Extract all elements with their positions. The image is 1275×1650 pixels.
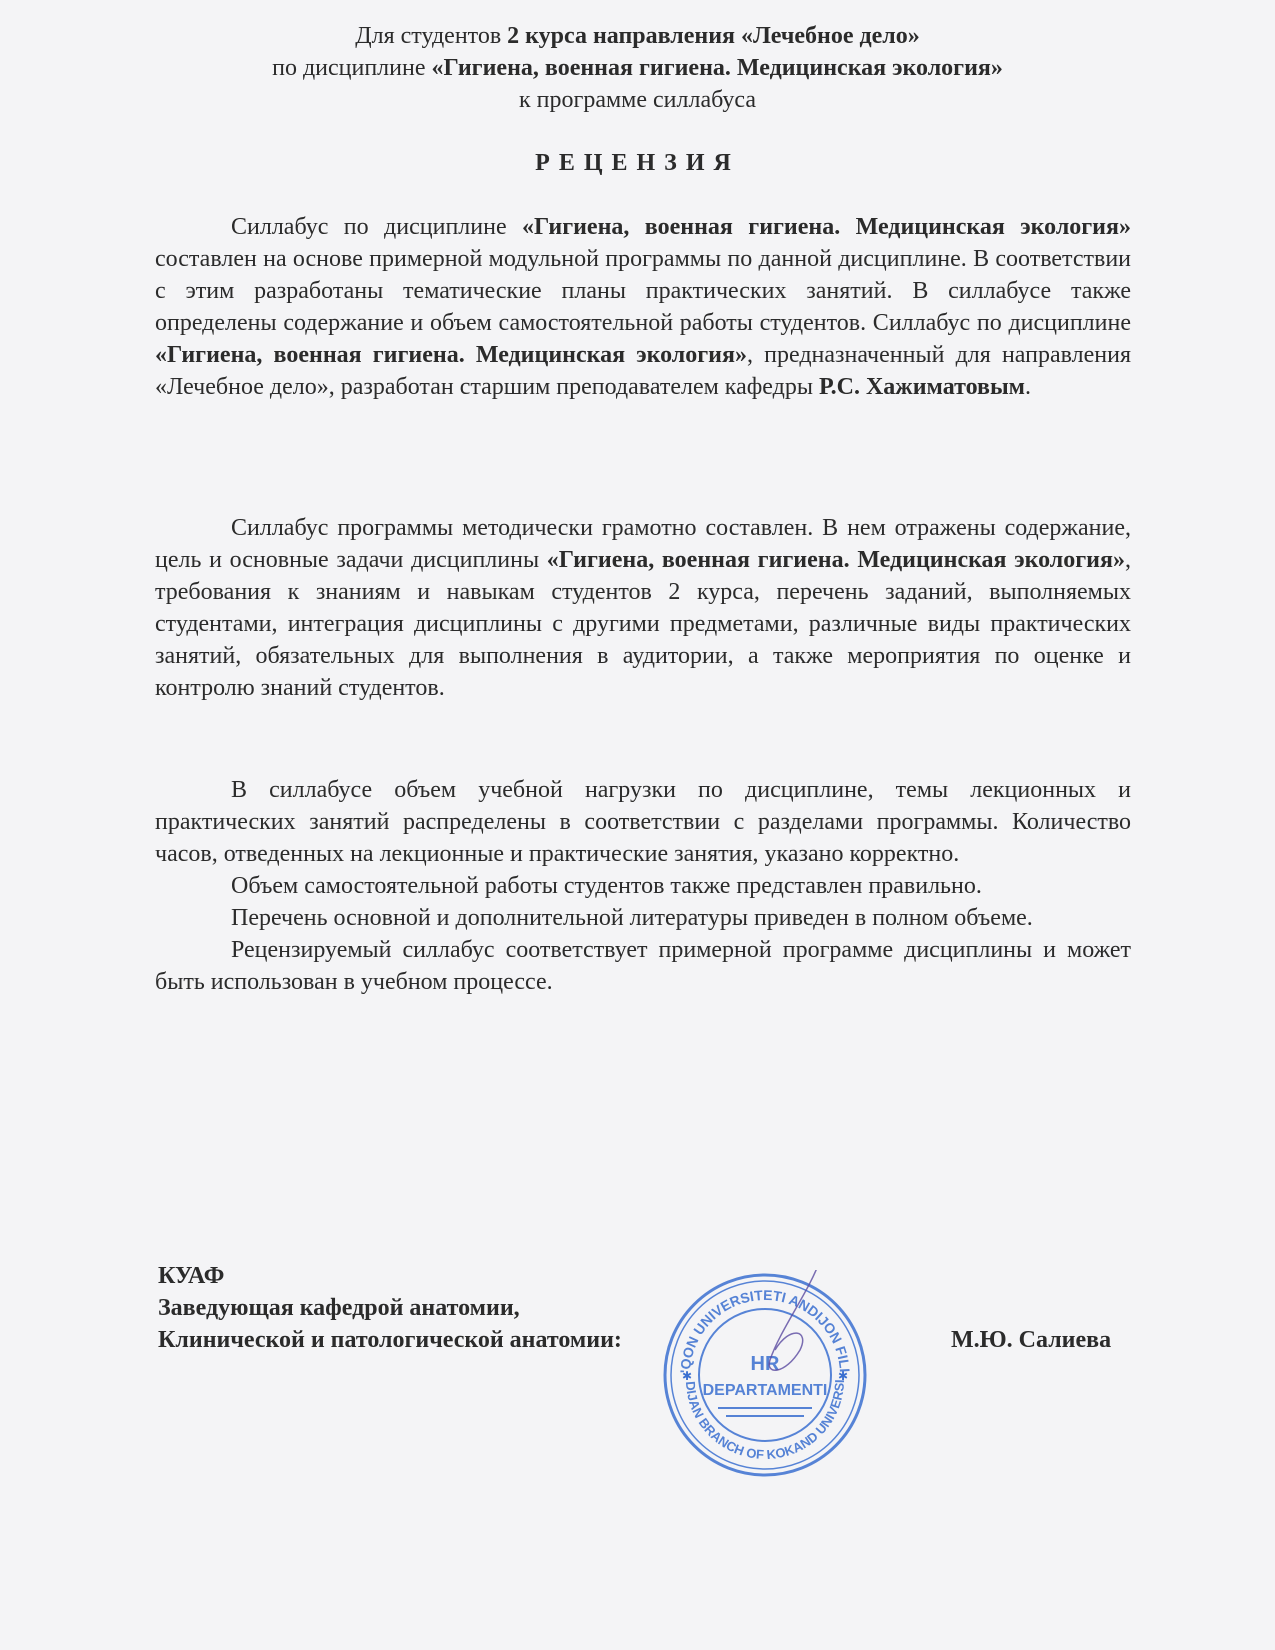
- header-line-3: к программе силлабуса: [0, 84, 1275, 116]
- paragraph-5: Перечень основной и дополнительной литер…: [155, 902, 1131, 934]
- header-line-2: по дисциплине «Гигиена, военная гигиена.…: [0, 52, 1275, 84]
- document-header: Для студентов 2 курса направления «Лечеб…: [0, 20, 1275, 116]
- svg-text:HR: HR: [751, 1353, 780, 1375]
- svg-text:DEPARTAMENTI: DEPARTAMENTI: [703, 1382, 828, 1399]
- header-line-1: Для студентов 2 курса направления «Лечеб…: [0, 20, 1275, 52]
- paragraph-4: Объем самостоятельной работы студентов т…: [155, 870, 1131, 902]
- hr-department-stamp-icon: QO'QON UNIVERSITETI ANDIJON FILIALI ANDI…: [660, 1270, 870, 1480]
- signature-org: КУАФ: [158, 1260, 622, 1292]
- signature-block: КУАФ Заведующая кафедрой анатомии, Клини…: [158, 1260, 622, 1356]
- review-section-2: Силлабус программы методически грамотно …: [155, 512, 1131, 704]
- paragraph-6: Рецензируемый силлабус соответствует при…: [155, 934, 1131, 998]
- signature-position-2: Клинической и патологической анатомии:: [158, 1324, 622, 1356]
- review-section-3: В силлабусе объем учебной нагрузки по ди…: [155, 774, 1131, 998]
- svg-text:✱: ✱: [682, 1369, 692, 1383]
- signatory-name: М.Ю. Салиева: [951, 1324, 1111, 1356]
- review-section-1: Силлабус по дисциплине «Гигиена, военная…: [155, 211, 1131, 403]
- signature-position-1: Заведующая кафедрой анатомии,: [158, 1292, 622, 1324]
- paragraph-1: Силлабус по дисциплине «Гигиена, военная…: [155, 211, 1131, 403]
- paragraph-2: Силлабус программы методически грамотно …: [155, 512, 1131, 704]
- document-title: РЕЦЕНЗИЯ: [0, 150, 1275, 177]
- svg-text:✱: ✱: [838, 1369, 848, 1383]
- paragraph-3: В силлабусе объем учебной нагрузки по ди…: [155, 774, 1131, 870]
